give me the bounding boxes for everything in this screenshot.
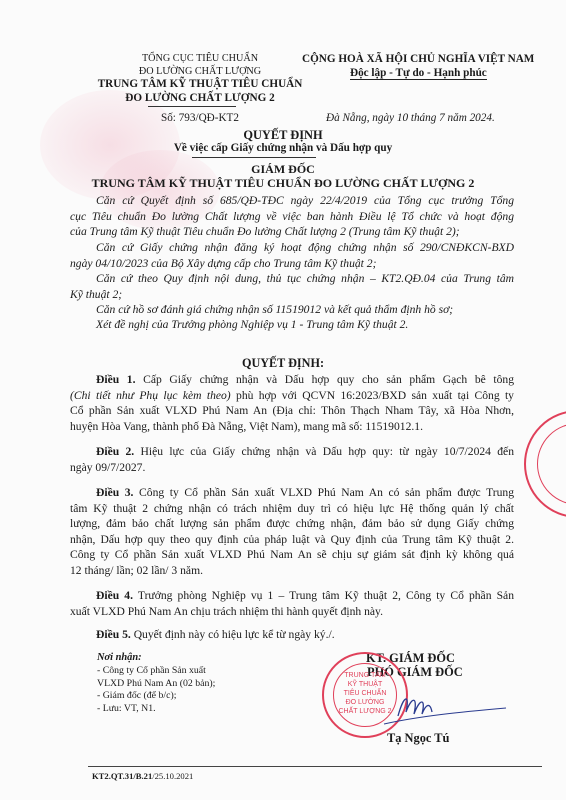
article-1: Điều 1. Cấp Giấy chứng nhận và Dấu hợp q… bbox=[70, 372, 514, 434]
article-5: Điều 5. Quyết định này có hiệu lực kể từ… bbox=[70, 627, 514, 643]
organization-line-1: TRUNG TÂM KỸ THUẬT TIÊU CHUẨN bbox=[90, 78, 310, 90]
article-4: Điều 4. Trưởng phòng Nghiệp vụ 1 – Trung… bbox=[70, 588, 514, 619]
article-5-label: Điều 5. bbox=[96, 628, 131, 641]
recipient-item: VLXD Phú Nam An (02 bản); bbox=[97, 678, 215, 691]
article-3: Điều 3. Công ty Cổ phần Sản xuất VLXD Ph… bbox=[70, 485, 514, 579]
page-edge-stamp bbox=[524, 410, 566, 518]
national-title: CỘNG HOÀ XÃ HỘI CHỦ NGHĨA VIỆT NAM bbox=[302, 53, 534, 65]
legal-basis-1: Căn cứ Quyết định số 685/QĐ-TĐC ngày 22/… bbox=[70, 193, 514, 240]
agency-line-2: ĐO LƯỜNG CHẤT LƯỢNG bbox=[95, 66, 305, 77]
authority-organization: TRUNG TÂM KỸ THUẬT TIÊU CHUẨN ĐO LƯỜNG C… bbox=[0, 176, 566, 191]
recipients-list: - Công ty Cổ phần Sản xuất VLXD Phú Nam … bbox=[97, 665, 215, 715]
footer-rule bbox=[88, 766, 542, 767]
document-number: Số: 793/QĐ-KT2 bbox=[95, 112, 305, 124]
legal-basis-5: Xét đề nghị của Trưởng phòng Nghiệp vụ 1… bbox=[70, 317, 514, 333]
agency-line-1: TỔNG CỤC TIÊU CHUẨN bbox=[95, 53, 305, 64]
subject-underline bbox=[192, 157, 316, 158]
header-left-underline bbox=[148, 106, 236, 107]
decision-subject: Về việc cấp Giấy chứng nhận và Dấu hợp q… bbox=[0, 142, 566, 154]
edge-stamp-crop bbox=[520, 410, 566, 520]
organization-line-2: ĐO LƯỜNG CHẤT LƯỢNG 2 bbox=[90, 92, 310, 104]
recipients-heading: Nơi nhận: bbox=[97, 652, 142, 663]
place-date: Đà Nẵng, ngày 10 tháng 7 năm 2024. bbox=[326, 112, 495, 124]
article-4-label: Điều 4. bbox=[96, 589, 133, 602]
article-3-label: Điều 3. bbox=[96, 486, 133, 499]
national-motto: Độc lập - Tự do - Hạnh phúc bbox=[350, 67, 487, 80]
document-page: TỔNG CỤC TIÊU CHUẨN ĐO LƯỜNG CHẤT LƯỢNG … bbox=[0, 0, 566, 800]
recipient-item: - Công ty Cổ phần Sản xuất bbox=[97, 665, 215, 678]
legal-basis-3: Căn cứ theo Quy định nội dung, thủ tục c… bbox=[70, 271, 514, 302]
decision-heading: QUYẾT ĐỊNH: bbox=[0, 356, 566, 371]
legal-basis-4: Căn cứ hồ sơ đánh giá chứng nhận số 1151… bbox=[70, 302, 514, 318]
handwritten-signature bbox=[380, 690, 510, 730]
decision-title: QUYẾT ĐỊNH bbox=[0, 128, 566, 143]
article-2: Điều 2. Hiệu lực của Giấy chứng nhận và … bbox=[70, 444, 514, 475]
article-2-label: Điều 2. bbox=[96, 445, 134, 458]
signer-name: Tạ Ngọc Tú bbox=[387, 731, 449, 746]
recipient-item: - Lưu: VT, N1. bbox=[97, 703, 215, 716]
legal-basis-2: Căn cứ Giấy chứng nhận đăng ký hoạt động… bbox=[70, 240, 514, 271]
authority-title: GIÁM ĐỐC bbox=[0, 162, 566, 177]
recipient-item: - Giám đốc (để b/c); bbox=[97, 690, 215, 703]
footer-form-code: KT2.QT.31/B.21/25.10.2021 bbox=[92, 771, 193, 781]
article-1-note: (Chi tiết như Phụ lục kèm theo) bbox=[70, 389, 231, 402]
article-1-label: Điều 1. bbox=[96, 373, 136, 386]
